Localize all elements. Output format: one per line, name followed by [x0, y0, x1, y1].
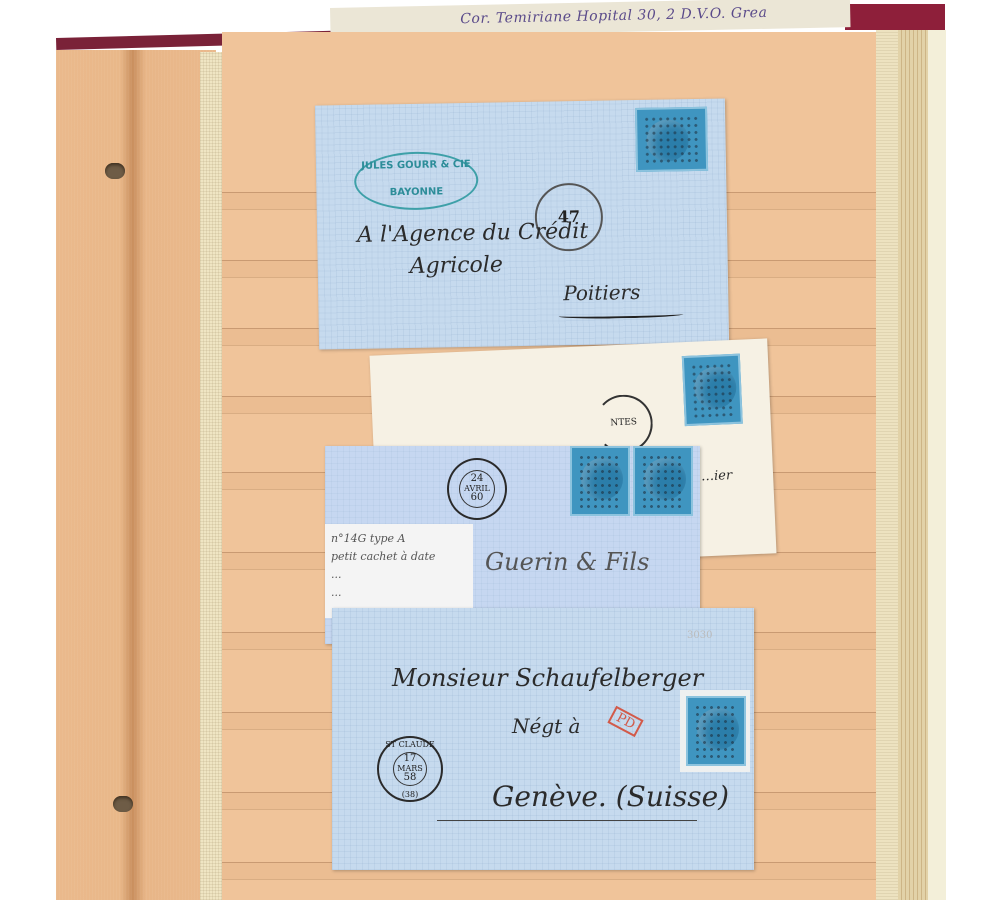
stamp-icon — [633, 446, 693, 516]
page-stack-cream — [928, 30, 946, 900]
postal-cover-1[interactable]: JULES GOURR & CIE BAYONNE 47 A l'Agence … — [315, 98, 729, 349]
address-line-1: A l'Agence du Crédit — [357, 219, 588, 248]
pd-mark: PD — [607, 706, 643, 737]
company-cachet: JULES GOURR & CIE BAYONNE — [354, 151, 479, 211]
stamp-icon — [686, 696, 746, 766]
postmark: 24 AVRIL 60 — [447, 458, 507, 520]
postmark-year: 58 — [404, 773, 417, 784]
address-line-1: Monsieur Schaufelberger — [392, 664, 703, 692]
postmark-text: NTES — [610, 418, 637, 429]
stamp-icon — [635, 107, 708, 172]
postmark-year: 60 — [471, 493, 484, 504]
address-line-2: Agricole — [410, 252, 504, 279]
hinge-tape-right — [876, 30, 898, 900]
binder-ring-top-icon — [105, 163, 125, 179]
postmark: NTES — [593, 394, 653, 454]
address-fragment: …ier — [701, 468, 733, 484]
stamp-icon — [570, 446, 630, 516]
postal-cover-4[interactable]: 3030 Monsieur Schaufelberger Négt à PD S… — [332, 608, 754, 870]
address-line-1: Guerin & Fils — [485, 548, 649, 576]
note-line: ... — [331, 566, 467, 584]
hinge-tape-left — [200, 52, 222, 900]
postmark-dept: (38) — [379, 790, 441, 799]
address-line-2: Négt à — [512, 714, 580, 738]
cachet-line-2: BAYONNE — [356, 186, 476, 199]
collector-note: n°14G type A petit cachet à date ... ... — [325, 524, 473, 618]
stamp-icon — [682, 354, 743, 426]
underline-flourish — [559, 311, 684, 319]
pencil-number: 3030 — [687, 630, 712, 641]
note-line: n°14G type A — [331, 530, 467, 548]
address-underline — [437, 820, 697, 821]
left-page — [56, 50, 216, 900]
note-line: ... — [331, 584, 467, 602]
cachet-line-1: JULES GOURR & CIE — [356, 159, 476, 172]
address-line-3: Poitiers — [563, 280, 641, 305]
page-stack-edges — [898, 30, 928, 900]
postmark: ST CLAUDE 17 MARS 58 (38) — [377, 736, 443, 802]
address-line-3: Genève. (Suisse) — [492, 780, 729, 813]
postmark-town: ST CLAUDE — [379, 740, 441, 749]
album-cover-spine — [845, 4, 945, 30]
binder-ring-bottom-icon — [113, 796, 133, 812]
note-line: petit cachet à date — [331, 548, 467, 566]
album-page-label-text: Cor. Temiriane Hopital 30, 2 D.V.O. Grea — [460, 5, 767, 27]
